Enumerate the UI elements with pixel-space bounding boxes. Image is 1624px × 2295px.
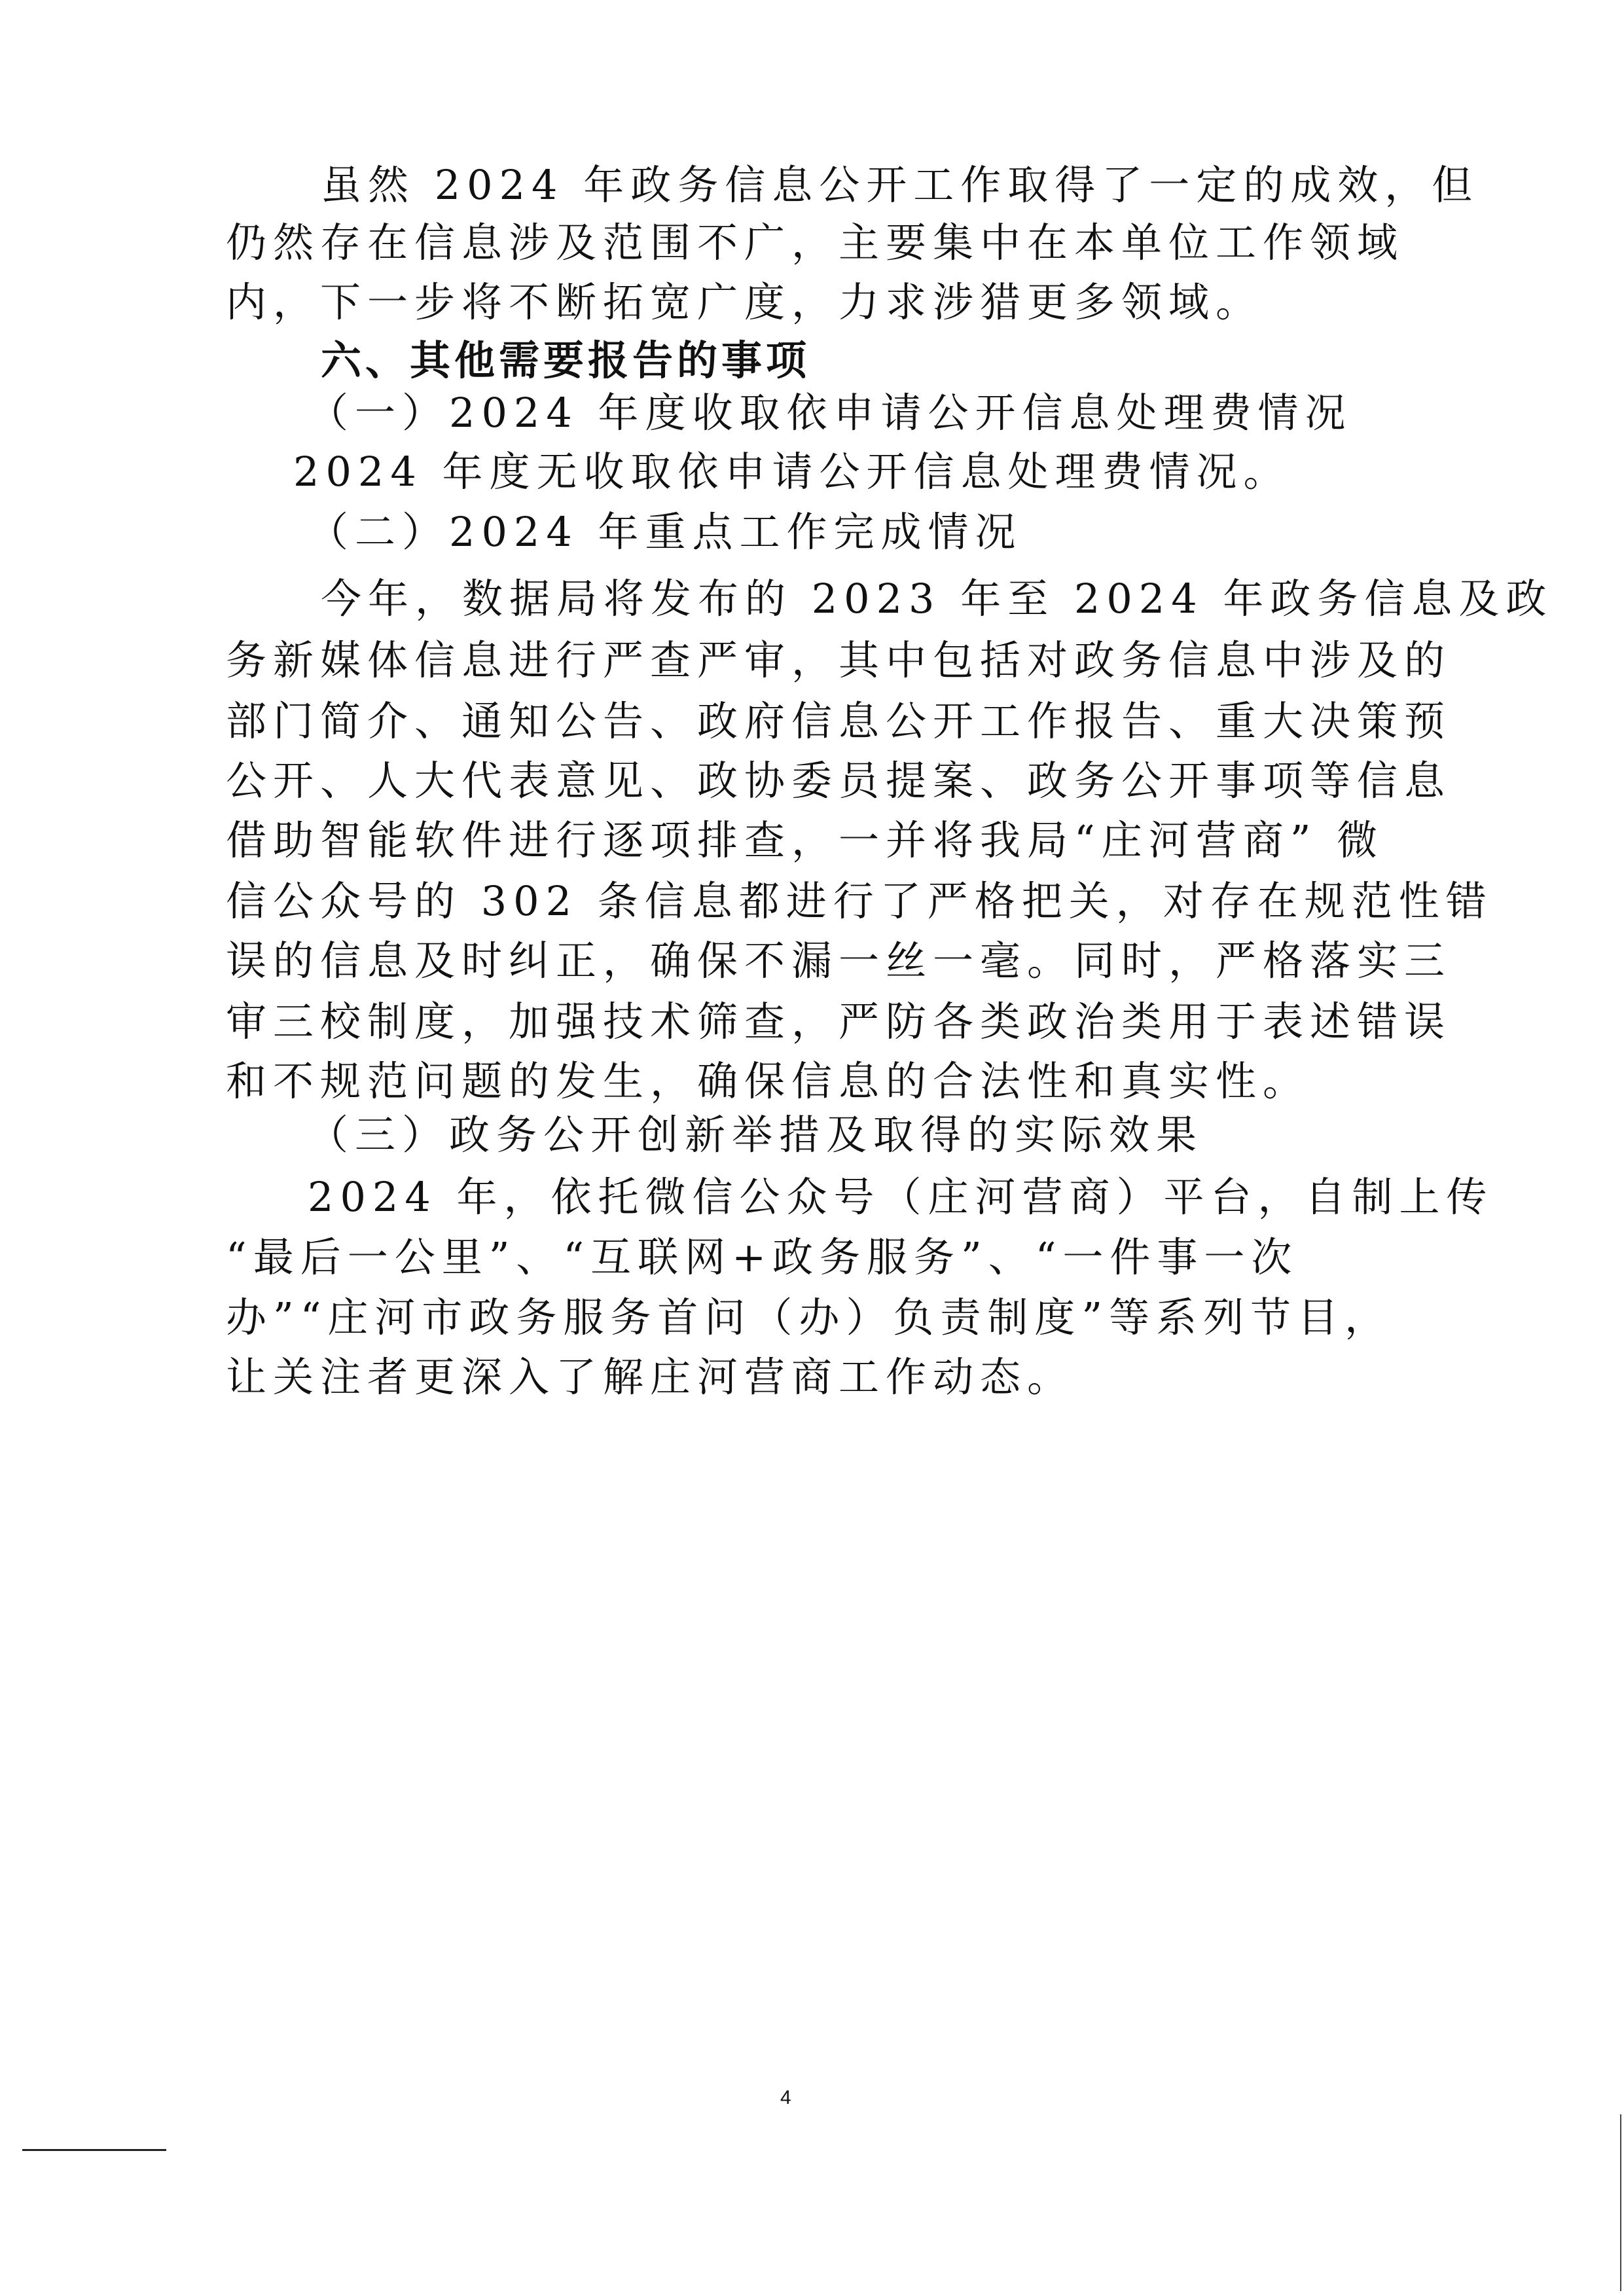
paragraph-line: 审三校制度，加强技术筛查，严防各类政治类用于表述错误	[226, 1002, 1451, 1042]
paragraph-line: 内，下一步将不断拓宽广度，力求涉猎更多领域。	[226, 282, 1263, 323]
paragraph-line: 2024 年度无收取依申请公开信息处理费情况。	[293, 452, 1291, 492]
page-number: 4	[780, 2087, 791, 2109]
scan-artifact-line	[1620, 2114, 1621, 2291]
paragraph-line: 务新媒体信息进行严查严审，其中包括对政务信息中涉及的	[226, 640, 1451, 681]
paragraph-line: 部门简介、通知公告、政府信息公开工作报告、重大决策预	[226, 701, 1451, 742]
subsection-heading: （二）2024 年重点工作完成情况	[308, 512, 1022, 552]
paragraph-line: 借助智能软件进行逐项排查，一并将我局“庄河营商” 微	[226, 820, 1384, 861]
section-heading: 六、其他需要报告的事项	[321, 340, 810, 381]
paragraph-line: 2024 年，依托微信公众号（庄河营商）平台，自制上传	[308, 1177, 1494, 1218]
paragraph-line: 公开、人大代表意见、政协委员提案、政务公开事项等信息	[226, 761, 1451, 801]
paragraph-line: 仍然存在信息涉及范围不广，主要集中在本单位工作领域	[226, 223, 1404, 263]
paragraph-line: 虽然 2024 年政务信息公开工作取得了一定的成效，但	[321, 165, 1479, 206]
paragraph-line: 误的信息及时纠正，确保不漏一丝一毫。同时，严格落实三	[226, 941, 1451, 981]
paragraph-line: 信公众号的 302 条信息都进行了严格把关，对存在规范性错	[226, 881, 1493, 922]
scan-artifact-line	[22, 2149, 166, 2151]
subsection-heading: （三）政务公开创新举措及取得的实际效果	[308, 1115, 1203, 1155]
paragraph-line: 和不规范问题的发生，确保信息的合法性和真实性。	[226, 1061, 1310, 1102]
paragraph-line: 让关注者更深入了解庄河营商工作动态。	[226, 1357, 1074, 1398]
paragraph-line: 今年，数据局将发布的 2023 年至 2024 年政务信息及政	[321, 579, 1553, 619]
paragraph-line: 办”“庄河市政务服务首问（办）负责制度”等系列节目，	[226, 1297, 1392, 1338]
paragraph-line: “最后一公里”、“互联网+政务服务”、“一件事一次	[226, 1237, 1298, 1278]
subsection-heading: （一）2024 年度收取依申请公开信息处理费情况	[308, 393, 1352, 433]
